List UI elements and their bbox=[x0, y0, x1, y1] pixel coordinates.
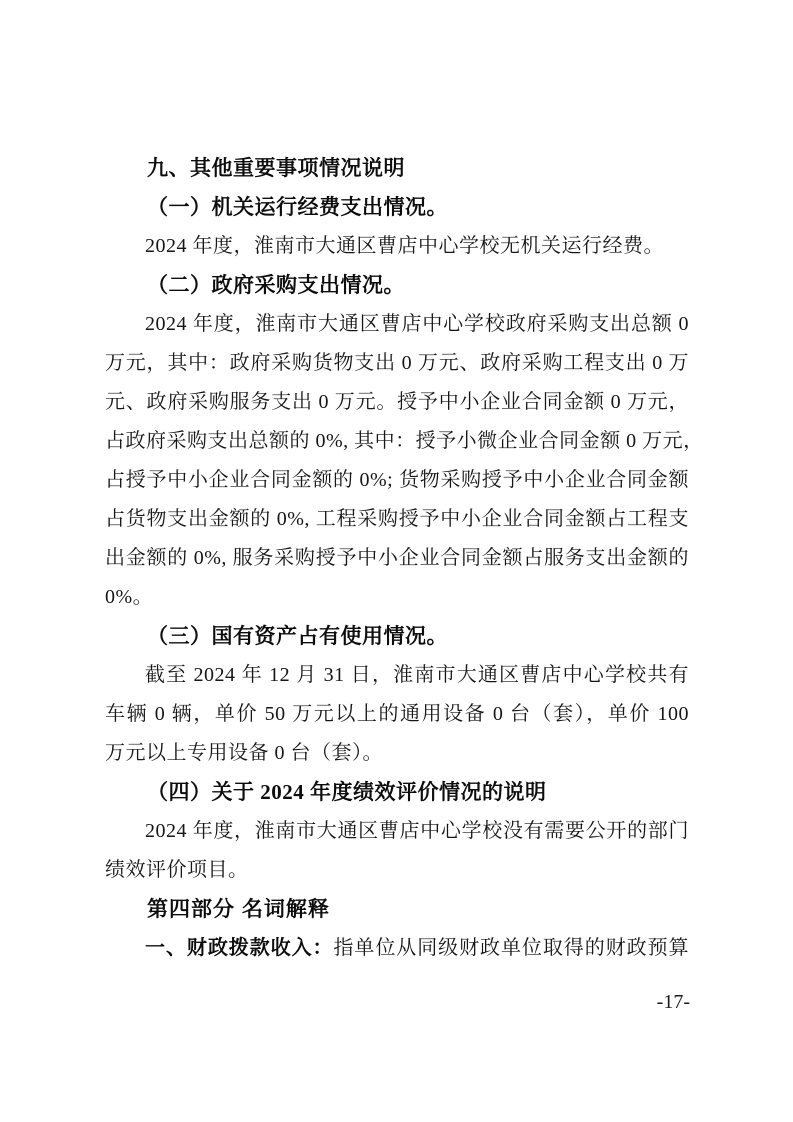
paragraph-line: 元、政府采购服务支出 0 万元。授予中小企业合同金额 0 万元， bbox=[105, 383, 689, 422]
paragraph-line: 占货物支出金额的 0%, 工程采购授予中小企业合同金额占工程支 bbox=[105, 500, 689, 539]
part-four-heading: 第四部分 名词解释 bbox=[105, 890, 689, 929]
paragraph-line: 车辆 0 辆，单价 50 万元以上的通用设备 0 台（套），单价 100 bbox=[105, 695, 689, 734]
document-body: 九、其他重要事项情况说明 （一）机关运行经费支出情况。 2024 年度，淮南市大… bbox=[105, 149, 689, 968]
paragraph-line: 万元以上专用设备 0 台（套）。 bbox=[105, 734, 689, 773]
subsection-1-heading: （一）机关运行经费支出情况。 bbox=[105, 188, 689, 227]
paragraph-line: 占授予中小企业合同金额的 0%; 货物采购授予中小企业合同金额 bbox=[105, 461, 689, 500]
paragraph-line: 绩效评价项目。 bbox=[105, 851, 689, 890]
term-definition-line: 一、财政拨款收入：指单位从同级财政单位取得的财政预算 bbox=[105, 929, 689, 968]
paragraph-line: 万元，其中：政府采购货物支出 0 万元、政府采购工程支出 0 万 bbox=[105, 344, 689, 383]
paragraph-line: 2024 年度，淮南市大通区曹店中心学校无机关运行经费。 bbox=[105, 227, 689, 266]
document-page: 九、其他重要事项情况说明 （一）机关运行经费支出情况。 2024 年度，淮南市大… bbox=[0, 0, 793, 1122]
paragraph-line: 占政府采购支出总额的 0%, 其中：授予小微企业合同金额 0 万元， bbox=[105, 422, 689, 461]
subsection-3-heading: （三）国有资产占有使用情况。 bbox=[105, 617, 689, 656]
subsection-4-heading: （四）关于 2024 年度绩效评价情况的说明 bbox=[105, 773, 689, 812]
paragraph-line: 2024 年度，淮南市大通区曹店中心学校没有需要公开的部门 bbox=[105, 812, 689, 851]
paragraph-line: 出金额的 0%, 服务采购授予中小企业合同金额占服务支出金额的 bbox=[105, 539, 689, 578]
term-definition-text: 指单位从同级财政单位取得的财政预算 bbox=[333, 937, 689, 959]
page-number: -17- bbox=[657, 988, 690, 1016]
subsection-2-heading: （二）政府采购支出情况。 bbox=[105, 266, 689, 305]
paragraph-line: 2024 年度，淮南市大通区曹店中心学校政府采购支出总额 0 bbox=[105, 305, 689, 344]
paragraph-line: 截至 2024 年 12 月 31 日，淮南市大通区曹店中心学校共有 bbox=[105, 656, 689, 695]
section-nine-heading: 九、其他重要事项情况说明 bbox=[105, 149, 689, 188]
term-label: 一、财政拨款收入： bbox=[145, 937, 333, 959]
paragraph-line: 0%。 bbox=[105, 578, 689, 617]
